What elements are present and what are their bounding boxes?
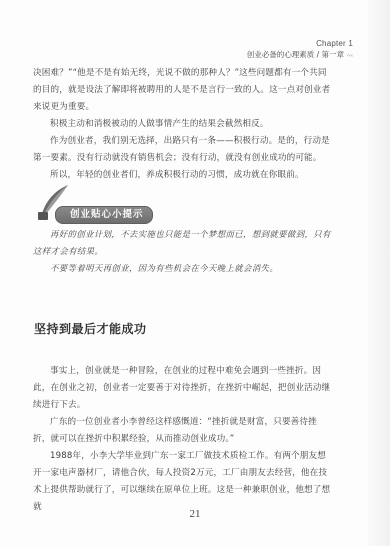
tip-text: 再好的创业计划，不去实施也只能是一个梦想而已，想到就要做到，只有这样才会有结果。… bbox=[33, 226, 333, 277]
tip-header: 创业贴心小提示 bbox=[34, 184, 174, 226]
section-title: 坚持到最后才能成功 bbox=[34, 320, 147, 337]
tip-badge: 创业贴心小提示 bbox=[55, 206, 153, 224]
chapter-title: 创业必备的心理素质 / 第一章 bbox=[247, 50, 344, 59]
paragraph: 所以，年轻的创业者们，养成积极行动的习惯，成功就在你眼前。 bbox=[33, 167, 331, 184]
chapter-label: Chapter 1 bbox=[247, 38, 353, 49]
paragraph: 决困难？”“他是不是有始无终，光说不做的那种人？”这些问题都有一个共同的目的，就… bbox=[33, 65, 331, 116]
page-edge-shadow bbox=[368, 0, 390, 546]
tip-paragraph: 再好的创业计划，不去实施也只能是一个梦想而已，想到就要做到，只有这样才会有结果。 bbox=[33, 226, 333, 260]
paragraph: 积极主动和消极被动的人做事情产生的结果会截然相反。 bbox=[33, 116, 331, 133]
book-page: Chapter 1 创业必备的心理素质 / 第一章‹‹‹ 决困难？”“他是不是有… bbox=[0, 0, 390, 546]
tip-paragraph: 不要等着明天再创业，因为有些机会在今天晚上就会消失。 bbox=[33, 260, 333, 277]
body-text-block-2: 事实上，创业就是一种冒险，在创业的过程中难免会遇到一些挫折。因此，在创业之初，创… bbox=[33, 363, 331, 516]
page-number: 21 bbox=[0, 508, 390, 520]
running-head: Chapter 1 创业必备的心理素质 / 第一章‹‹‹ bbox=[247, 38, 353, 62]
chapter-title-line: 创业必备的心理素质 / 第一章‹‹‹ bbox=[247, 49, 353, 62]
chevrons-icon: ‹‹‹ bbox=[347, 53, 353, 59]
paragraph: 广东的一位创业者小李曾经这样感慨道：“挫折就是财富，只要善待挫折，就可以在挫折中… bbox=[33, 414, 331, 448]
paragraph: 作为创业者，我们别无选择，出路只有一条——积极行动。是的，行动是第一要素。没有行… bbox=[33, 133, 331, 167]
paragraph: 1988年，小李大学毕业到广东一家工厂做技术质检工作。有两个朋友想开一家电声器材… bbox=[33, 448, 331, 516]
paragraph: 事实上，创业就是一种冒险，在创业的过程中难免会遇到一些挫折。因此，在创业之初，创… bbox=[33, 363, 331, 414]
body-text-block-1: 决困难？”“他是不是有始无终，光说不做的那种人？”这些问题都有一个共同的目的，就… bbox=[33, 65, 331, 184]
